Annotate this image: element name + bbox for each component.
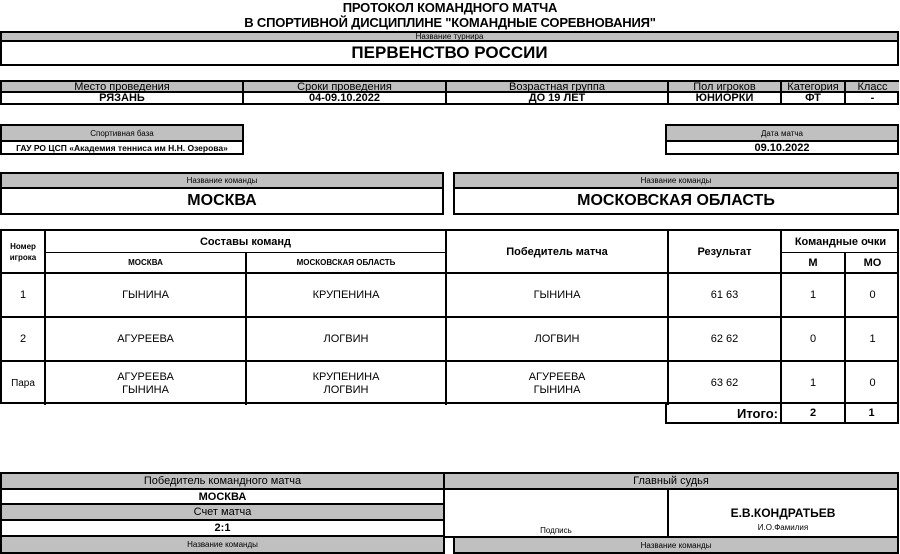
team2-player: КРУПЕНИНАЛОГВИН [245, 360, 445, 405]
venue-value: РЯЗАНЬ [2, 91, 242, 103]
points-mo: 0 [844, 272, 899, 316]
signature-label: Подпись [445, 488, 667, 536]
match-winner: ЛОГВИН [445, 316, 667, 360]
results-table: Номер игрока Составы команд МОСКВА МОСКО… [0, 229, 899, 404]
tournament-name: ПЕРВЕНСТВО РОССИИ [2, 42, 897, 64]
match-winner-name: ГЫНИНА [534, 289, 581, 302]
total-label: Итого: [667, 404, 780, 422]
team1-box: Название команды МОСКВА [0, 172, 444, 215]
player-number: 1 [2, 272, 44, 316]
points-mo: 1 [844, 316, 899, 360]
team1-player-name: ГЫНИНА [117, 384, 174, 397]
team2-box: Название команды МОСКОВСКАЯ ОБЛАСТЬ [453, 172, 899, 215]
total-row: Итого: 2 1 [665, 402, 899, 424]
mo-column-header: МО [844, 252, 899, 272]
team2-player-name: ЛОГВИН [324, 333, 369, 346]
match-date-label: Дата матча [667, 126, 897, 140]
match-winner-name: ГЫНИНА [529, 384, 586, 397]
player-number: 2 [2, 316, 44, 360]
team1-player-name: АГУРЕЕВА [117, 333, 174, 346]
dates-value: 04-09.10.2022 [242, 91, 445, 103]
referee-name: Е.В.КОНДРАТЬЕВ [669, 506, 897, 520]
footer-team-label-right-box: Название команды [453, 536, 899, 554]
total-m: 2 [780, 404, 844, 422]
protocol-title-line2: В СПОРТИВНОЙ ДИСЦИПЛИНЕ "КОМАНДНЫЕ СОРЕВ… [0, 15, 900, 30]
player-number-header: Номер игрока [2, 231, 44, 272]
team2-player-name: ЛОГВИН [313, 384, 380, 397]
gender-value: ЮНИОРКИ [667, 91, 780, 103]
team1-label: Название команды [2, 174, 442, 187]
team2-column-header: МОСКОВСКАЯ ОБЛАСТЬ [245, 252, 445, 272]
sport-base-label: Спортивная база [2, 126, 242, 140]
team1-player-name: ГЫНИНА [122, 289, 169, 302]
protocol-title-line1: ПРОТОКОЛ КОМАНДНОГО МАТЧА [0, 0, 900, 15]
chief-referee-box: Главный судья Подпись Е.В.КОНДРАТЬЕВ И.О… [443, 472, 899, 538]
team1-column-header: МОСКВА [44, 252, 245, 272]
team1-player: АГУРЕЕВА [44, 316, 245, 360]
sport-base-box: Спортивная база ГАУ РО ЦСП «Академия тен… [0, 124, 244, 155]
team2-player-name: КРУПЕНИНА [313, 371, 380, 384]
match-score-value: 2:1 [2, 519, 443, 535]
sport-base-value: ГАУ РО ЦСП «Академия тенниса им Н.Н. Озе… [2, 140, 242, 153]
points-m: 1 [780, 272, 844, 316]
referee-name-cell: Е.В.КОНДРАТЬЕВ И.О.Фамилия [667, 488, 897, 536]
result-column-header: Результат [667, 231, 780, 272]
footer-team-label-right: Название команды [455, 538, 897, 552]
team1-player: АГУРЕЕВАГЫНИНА [44, 360, 245, 405]
match-result: 61 63 [667, 272, 780, 316]
match-winner: ГЫНИНА [445, 272, 667, 316]
class-value: - [844, 91, 899, 103]
team-points-header: Командные очки [780, 231, 899, 252]
match-score-label: Счет матча [2, 503, 443, 519]
winner-column-header: Победитель матча [445, 231, 667, 272]
team-winner-label: Победитель командного матча [2, 474, 443, 488]
match-result: 63 62 [667, 360, 780, 405]
rosters-header: Составы команд [44, 231, 445, 252]
points-m: 1 [780, 360, 844, 405]
team2-name: МОСКОВСКАЯ ОБЛАСТЬ [455, 187, 897, 213]
team2-player: КРУПЕНИНА [245, 272, 445, 316]
team2-label: Название команды [455, 174, 897, 187]
match-winner: АГУРЕЕВАГЫНИНА [445, 360, 667, 405]
match-winner-name: АГУРЕЕВА [529, 371, 586, 384]
m-column-header: М [780, 252, 844, 272]
team2-player-name: КРУПЕНИНА [313, 289, 380, 302]
tournament-name-box: ПЕРВЕНСТВО РОССИИ [0, 40, 899, 66]
chief-referee-label: Главный судья [445, 474, 897, 488]
footer-team-label-left: Название команды [2, 535, 443, 552]
player-number: Пара [2, 360, 44, 405]
points-m: 0 [780, 316, 844, 360]
points-mo: 0 [844, 360, 899, 405]
category-value: ФТ [780, 91, 844, 103]
match-date-box: Дата матча 09.10.2022 [665, 124, 899, 155]
total-mo: 1 [844, 404, 897, 422]
team-match-winner-box: Победитель командного матча МОСКВА Счет … [0, 472, 445, 554]
team1-name: МОСКВА [2, 187, 442, 213]
info-table: Место проведения Сроки проведения Возрас… [0, 80, 899, 105]
team2-player: ЛОГВИН [245, 316, 445, 360]
match-winner-name: ЛОГВИН [535, 333, 580, 346]
team-winner-value: МОСКВА [2, 488, 443, 503]
referee-name-format-label: И.О.Фамилия [669, 523, 897, 532]
team1-player-name: АГУРЕЕВА [117, 371, 174, 384]
match-result: 62 62 [667, 316, 780, 360]
match-date-value: 09.10.2022 [667, 140, 897, 153]
team1-player: ГЫНИНА [44, 272, 245, 316]
age-group-value: ДО 19 ЛЕТ [445, 91, 667, 103]
